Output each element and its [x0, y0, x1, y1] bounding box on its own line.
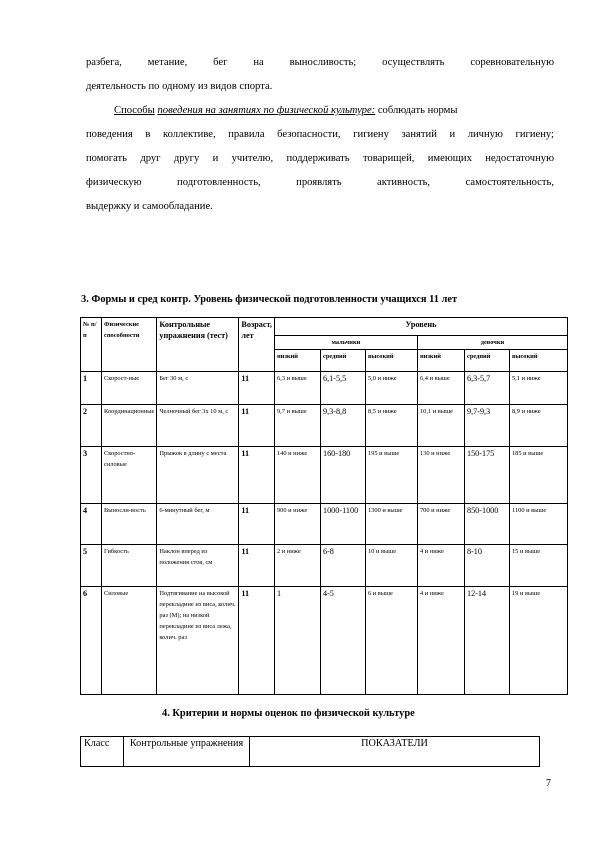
page-number: 7	[546, 778, 551, 789]
cell-boys-low: 140 и ниже	[274, 447, 320, 504]
cell-age: 11	[239, 447, 275, 504]
cell-boys-high: 6 и выше	[365, 587, 417, 695]
paragraph-line: деятельность по одному из видов спорта.	[86, 75, 554, 99]
paragraph-line: разбега, метание, бег на выносливость; о…	[86, 51, 554, 75]
cell-girls-mid: 9,7-9,3	[464, 405, 509, 447]
cell-girls-high: 19 и выше	[509, 587, 567, 695]
header-num: № п/п	[81, 318, 102, 372]
cell-boys-low: 1	[274, 587, 320, 695]
cell-age: 11	[239, 405, 275, 447]
header-age: Возраст, лет	[239, 318, 275, 372]
cell-exercise: Челночный бег 3х 10 м, с	[157, 405, 239, 447]
cell-boys-mid: 1000-1100	[320, 504, 365, 545]
cell-boys-low: 9,7 и выше	[274, 405, 320, 447]
table-row: 5 Гибкость Наклон вперед из положения ст…	[81, 545, 568, 587]
header-indicators: ПОКАЗАТЕЛИ	[250, 737, 540, 767]
cell-exercise: Прыжок в длину с места	[157, 447, 239, 504]
table-row: 6 Силовые Подтягивание на высокой перекл…	[81, 587, 568, 695]
cell-boys-high: 10 и выше	[365, 545, 417, 587]
cell-girls-low: 130 и ниже	[417, 447, 464, 504]
cell-girls-low: 4 и ниже	[417, 587, 464, 695]
header-girls-high: высокий	[509, 350, 567, 372]
cell-ability: Выносли-вость	[102, 504, 157, 545]
cell-exercise: Бег 30 м, с	[157, 372, 239, 405]
cell-ability: Силовые	[102, 587, 157, 695]
section-4-title: 4. Критерии и нормы оценок по физической…	[162, 708, 415, 719]
table-row: 3 Скоростно-силовые Прыжок в длину с мес…	[81, 447, 568, 504]
cell-num: 3	[81, 447, 102, 504]
cell-num: 6	[81, 587, 102, 695]
cell-girls-high: 5,1 и ниже	[509, 372, 567, 405]
behavior-lead-italic: поведения на занятиях по физической куль…	[157, 105, 375, 116]
table-row: 4 Выносли-вость 6-минутный бег, м 11 900…	[81, 504, 568, 545]
paragraph-line: Способы поведения на занятиях по физичес…	[86, 99, 554, 123]
header-control-exercises: Контрольные упражнения	[124, 737, 250, 767]
cell-age: 11	[239, 545, 275, 587]
cell-exercise: Подтягивание на высокой перекладине из в…	[157, 587, 239, 695]
header-boys-high: высокий	[365, 350, 417, 372]
cell-ability: Скорост-ные	[102, 372, 157, 405]
cell-girls-low: 4 и ниже	[417, 545, 464, 587]
cell-girls-mid: 150-175	[464, 447, 509, 504]
behavior-line1-rest: соблюдать нормы	[375, 105, 457, 116]
header-girls-medium: средний	[464, 350, 509, 372]
cell-girls-mid: 850-1000	[464, 504, 509, 545]
cell-num: 2	[81, 405, 102, 447]
cell-num: 5	[81, 545, 102, 587]
cell-girls-high: 1100 и выше	[509, 504, 567, 545]
cell-boys-mid: 160-180	[320, 447, 365, 504]
table-row: 1 Скорост-ные Бег 30 м, с 11 6,3 и выше …	[81, 372, 568, 405]
cell-girls-high: 185 и выше	[509, 447, 567, 504]
cell-boys-high: 5,0 и ниже	[365, 372, 417, 405]
paragraph-line: выдержку и самообладание.	[86, 195, 554, 219]
cell-num: 1	[81, 372, 102, 405]
cell-exercise: Наклон вперед из положения стоя, см	[157, 545, 239, 587]
cell-num: 4	[81, 504, 102, 545]
cell-girls-low: 10,1 и выше	[417, 405, 464, 447]
cell-boys-mid: 6-8	[320, 545, 365, 587]
paragraph-line: физическую подготовленность, проявлять а…	[86, 171, 554, 195]
cell-boys-low: 2 и ниже	[274, 545, 320, 587]
criteria-table: Класс Контрольные упражнения ПОКАЗАТЕЛИ	[80, 736, 540, 767]
cell-exercise: 6-минутный бег, м	[157, 504, 239, 545]
cell-ability: Гибкость	[102, 545, 157, 587]
cell-age: 11	[239, 504, 275, 545]
header-boys-low: низкий	[274, 350, 320, 372]
fitness-norms-table: № п/п Физические способности Контрольные…	[80, 317, 568, 695]
cell-boys-low: 900 и ниже	[274, 504, 320, 545]
cell-girls-mid: 12-14	[464, 587, 509, 695]
paragraph-competitive-activity: разбега, метание, бег на выносливость; о…	[86, 51, 554, 99]
cell-girls-high: 15 и выше	[509, 545, 567, 587]
header-level: Уровень	[274, 318, 567, 336]
paragraph-line: помогать друг другу и учителю, поддержив…	[86, 147, 554, 171]
paragraph-behavior-methods: Способы поведения на занятиях по физичес…	[86, 99, 554, 219]
header-boys: мальчики	[274, 336, 417, 350]
header-ability: Физические способности	[102, 318, 157, 372]
header-girls: девочки	[417, 336, 567, 350]
cell-boys-low: 6,3 и выше	[274, 372, 320, 405]
cell-girls-high: 8,9 и ниже	[509, 405, 567, 447]
cell-girls-low: 6,4 и выше	[417, 372, 464, 405]
section-3-title: 3. Формы и сред контр. Уровень физическо…	[81, 294, 457, 305]
cell-boys-mid: 6,1-5,5	[320, 372, 365, 405]
header-exercise: Контрольные упражнения (тест)	[157, 318, 239, 372]
behavior-lead-text: Способы	[114, 105, 155, 116]
header-class: Класс	[81, 737, 124, 767]
cell-boys-mid: 9,3-8,8	[320, 405, 365, 447]
cell-girls-mid: 8-10	[464, 545, 509, 587]
cell-girls-low: 700 и ниже	[417, 504, 464, 545]
cell-boys-mid: 4-5	[320, 587, 365, 695]
cell-ability: Скоростно-силовые	[102, 447, 157, 504]
cell-boys-high: 8,5 и ниже	[365, 405, 417, 447]
cell-ability: Координационные	[102, 405, 157, 447]
header-girls-low: низкий	[417, 350, 464, 372]
cell-age: 11	[239, 587, 275, 695]
header-boys-medium: средний	[320, 350, 365, 372]
table-row: 2 Координационные Челночный бег 3х 10 м,…	[81, 405, 568, 447]
paragraph-line: поведения в коллективе, правила безопасн…	[86, 123, 554, 147]
cell-boys-high: 1300 и выше	[365, 504, 417, 545]
cell-age: 11	[239, 372, 275, 405]
cell-boys-high: 195 и выше	[365, 447, 417, 504]
cell-girls-mid: 6,3-5,7	[464, 372, 509, 405]
